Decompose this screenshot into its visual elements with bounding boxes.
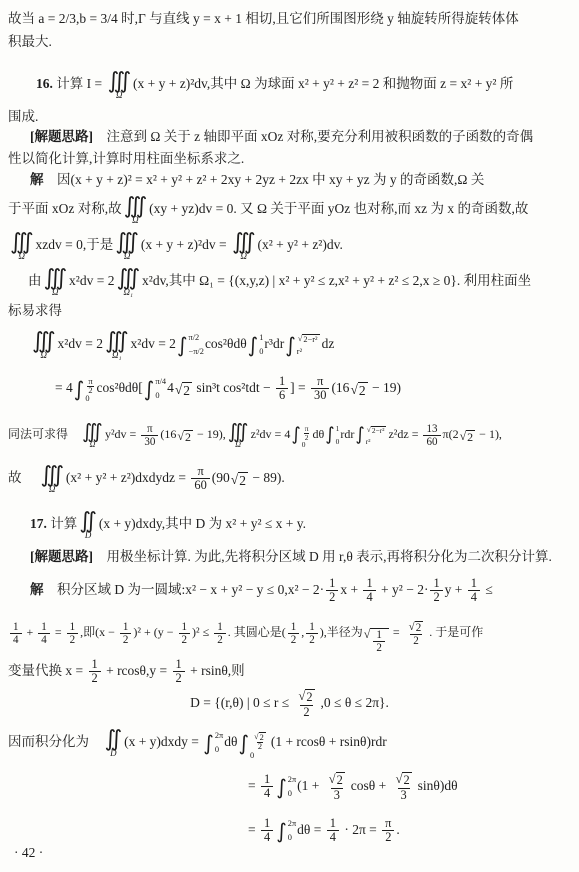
page-number: · 42 · — [14, 842, 43, 864]
problem16-solution-line-2: 于平面 xOz 对称,故∭Ω(xy + yz)dv = 0. 又 Ω 关于平面 … — [8, 190, 528, 228]
problem16-equation-line-1: ∭Ωx²dv = 2∭Ω₁x²dv = 2∫π/2−π/2cos²θdθ∫10r… — [30, 322, 334, 366]
textbook-page: 故当 a = 2/3,b = 3/4 时,Γ 与直线 y = x + 1 相切,… — [0, 0, 579, 872]
problem17-idea: [解题思路] 用极坐标计算. 为此,先将积分区域 D 用 r,θ 表示,再将积分… — [30, 546, 552, 568]
problem16-solution-line-4: 由∭Ωx²dv = 2∭Ω₁x²dv,其中 Ω₁ = {(x,y,z) | x²… — [28, 262, 531, 300]
problem16-solution-line-6: 同法可求得 ∭Ωy²dv = π30(16√2 − 19),∭Ωz²dv = 4… — [8, 412, 502, 456]
problem16-solution-line-7: 故 ∭Ω(x² + y² + z²)dxdydz = π60(90√2 − 89… — [8, 456, 285, 500]
problem17-solution-line-2: 14 + 14 = 12,即(x − 12)² + (y − 12)² ≤ 12… — [8, 610, 483, 654]
problem17-domain-equation: D = {(r,θ) | 0 ≤ r ≤ √22,0 ≤ θ ≤ 2π}. — [0, 684, 579, 722]
problem16-solution-line-1: 解 因(x + y + z)² = x² + y² + z² + 2xy + 2… — [30, 169, 484, 191]
problem17-statement: 17. 计算∬D(x + y)dxdy,其中 D 为 x² + y² ≤ x +… — [30, 502, 306, 546]
problem15-text-line-2: 积最大. — [8, 31, 52, 53]
problem17-integral-line-1: 因而积分化为 ∬D(x + y)dxdy = ∫2π0dθ∫√220(1 + r… — [8, 720, 387, 764]
problem15-text-line-1: 故当 a = 2/3,b = 3/4 时,Γ 与直线 y = x + 1 相切,… — [8, 8, 519, 30]
problem16-idea-line-1: [解题思路] 注意到 Ω 关于 z 轴即平面 xOz 对称,要充分利用被积函数的… — [30, 126, 533, 148]
problem16-equation-line-2: = 4∫π20cos²θdθ[∫π/404√2 sin³t cos²tdt − … — [55, 366, 401, 410]
problem16-idea-line-2: 性以简化计算,计算时用柱面坐标系求之. — [8, 148, 244, 170]
problem17-integral-line-2: = 14∫2π0(1 + √23cosθ + √23sinθ)dθ — [248, 764, 458, 808]
problem17-solution-line-1: 解 积分区域 D 为一圆域:x² − x + y² − y ≤ 0,x² − 2… — [30, 568, 493, 612]
problem16-solution-line-5: 标易求得 — [8, 300, 62, 322]
problem16-statement-line-1: 16. 计算 I = ∭Ω(x + y + z)²dv,其中 Ω 为球面 x² … — [36, 62, 513, 106]
problem16-solution-line-3: ∭Ωxzdv = 0,于是∭Ω(x + y + z)²dv = ∭Ω(x² + … — [8, 226, 343, 264]
problem16-statement-line-2: 围成. — [8, 106, 38, 128]
problem17-integral-line-3: = 14∫2π0dθ = 14 · 2π = π2. — [248, 808, 400, 852]
